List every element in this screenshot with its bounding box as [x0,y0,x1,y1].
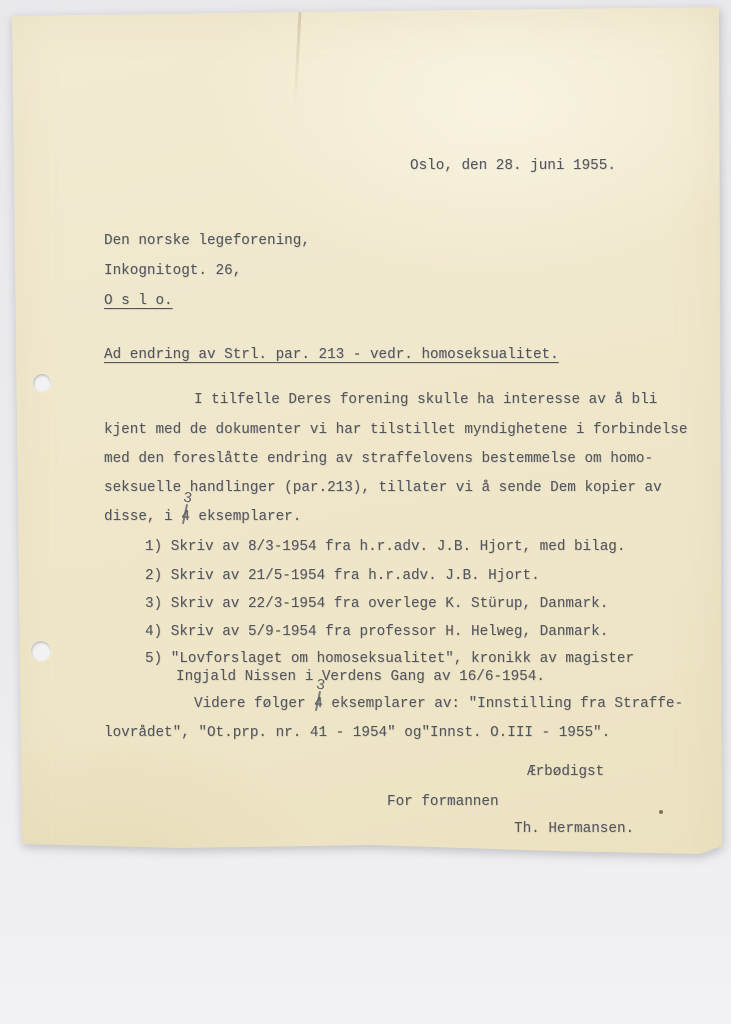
enclosure-item-3: 3) Skriv av 22/3-1954 fra overlege K. St… [145,595,608,613]
paper-crease [294,12,302,107]
correction-group: 43 [181,508,190,526]
paper-sheet: Oslo, den 28. juni 1955. Den norske lege… [0,0,731,1024]
enclosure-item-2: 2) Skriv av 21/5-1954 fra h.r.adv. J.B. … [145,567,540,585]
enclosure-item-4: 4) Skriv av 5/9-1954 fra professor H. He… [145,623,608,641]
signature: Th. Hermansen. [514,820,634,838]
body-text: eksemplarer. [190,509,302,525]
correction-group: 43 [314,695,323,713]
handwritten-correction: 3 [182,491,193,506]
date-line: Oslo, den 28. juni 1955. [410,157,616,175]
body-paragraph2-line2: lovrådet", "Ot.prp. nr. 41 - 1954" og"In… [104,724,610,742]
recipient-street: Inkognitogt. 26, [104,262,241,280]
struck-number: 4 [314,695,323,713]
enclosure-item-5-line2: Ingjald Nissen i Verdens Gang av 16/6-19… [176,668,545,686]
on-behalf-of: For formannen [387,793,499,811]
body-paragraph1-line5: disse, i 43 eksemplarer. [104,508,301,526]
enclosure-item-5-line1: 5) "Lovforslaget om homoseksualitet", kr… [145,650,634,668]
subject-line: Ad endring av Strl. par. 213 - vedr. hom… [104,346,559,364]
body-paragraph1-line1: I tilfelle Deres forening skulle ha inte… [194,391,657,409]
body-text: disse, i [104,509,181,525]
handwritten-correction: 3 [315,678,326,693]
punch-hole-top [33,374,51,392]
scanned-letter: Oslo, den 28. juni 1955. Den norske lege… [0,0,731,1024]
struck-number: 4 [181,508,190,526]
body-paragraph2-line1: Videre følger 43 eksemplarer av: "Innsti… [194,695,683,713]
recipient-city: O s l o. [104,292,173,310]
body-text: eksemplarer av: "Innstilling fra Straffe… [323,696,683,712]
body-paragraph1-line3: med den foreslåtte endring av straffelov… [104,450,653,468]
body-paragraph1-line2: kjent med de dokumenter vi har tilstille… [104,421,687,439]
enclosure-item-1: 1) Skriv av 8/3-1954 fra h.r.adv. J.B. H… [145,538,625,556]
ink-speck [659,810,663,814]
punch-hole-bottom [31,641,51,661]
recipient-name: Den norske legeforening, [104,232,310,250]
body-text: Videre følger [194,696,314,712]
valediction: Ærbødigst [527,763,604,781]
